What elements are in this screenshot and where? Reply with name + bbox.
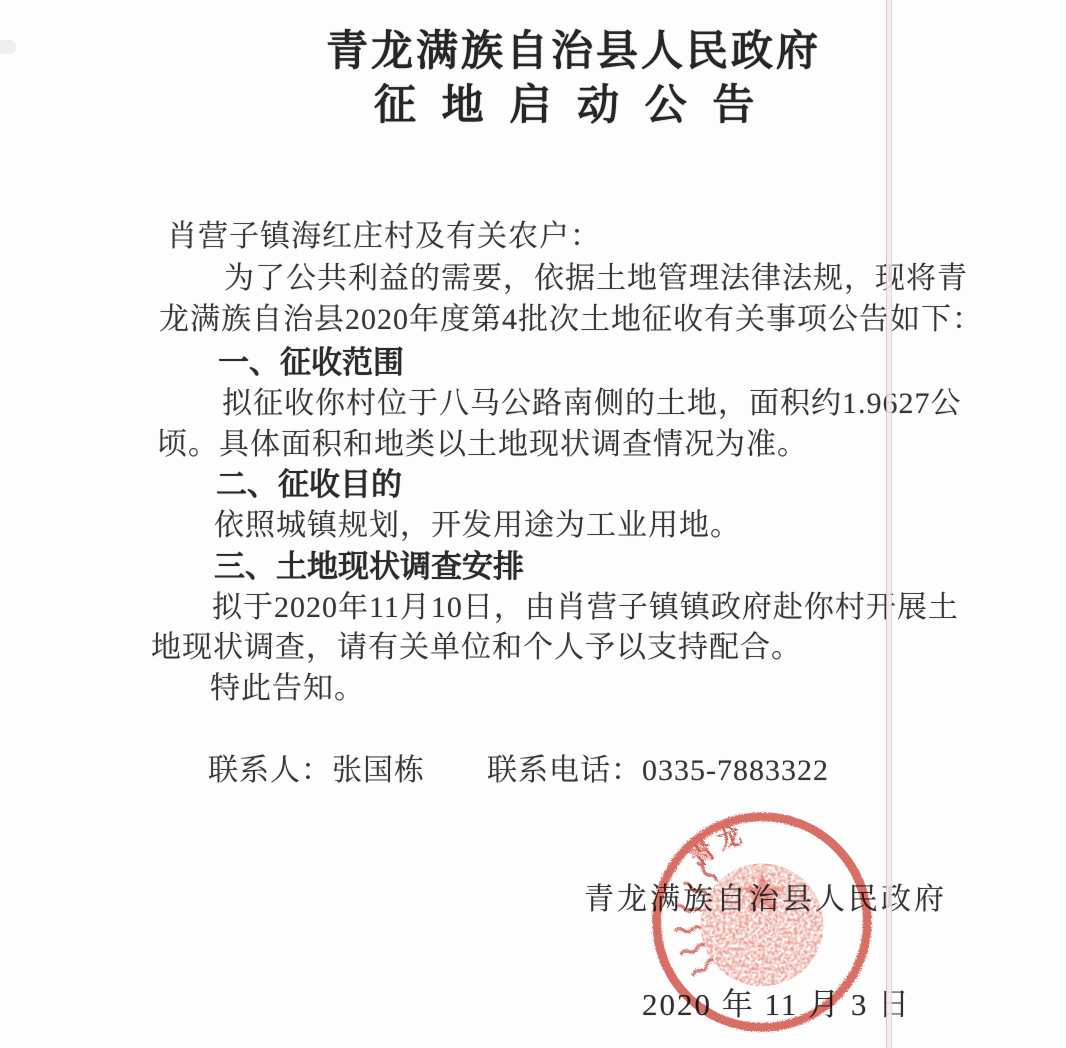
page-edge-line [886,0,892,1048]
section-3-line-2: 地现状调查，请有关单位和个人予以支持配合。 [151,622,802,666]
section-3-heading: 三、土地现状调查安排 [214,541,524,586]
section-2-heading: 二、征收目的 [216,459,402,504]
scanned-announcement-document: { "title": { "line1": "青龙满族自治县人民政府", "li… [0,0,1066,1048]
contact-person: 联系人：张国栋 [208,745,425,789]
official-seal: 青龙满族自治县人民政府 [645,805,879,1039]
closing-line: 特此告知。 [210,663,365,707]
section-1-line-2: 顷。具体面积和地类以土地现状调查情况为准。 [157,419,808,463]
section-1-heading: 一、征收范围 [218,337,404,382]
corner-smudge [0,40,16,54]
section-1-line-1: 拟征收你村位于八马公路南侧的土地，面积约1.9627公 [222,378,962,422]
doc-title-line-2: 征 地 启 动 公 告 [374,72,761,132]
contact-phone: 联系电话：0335-7883322 [487,745,829,789]
intro-line-2: 龙满族自治县2020年度第4批次土地征收有关事项公告如下： [159,294,983,338]
section-3-line-1: 拟于2020年11月10日，由肖营子镇镇政府赴你村开展土 [212,582,959,626]
doc-title-line-1: 青龙满族自治县人民政府 [326,18,821,78]
section-2-line-1: 依照城镇规划，开发用途为工业用地。 [214,500,741,544]
salutation: 肖营子镇海红庄村及有关农户： [167,211,601,255]
intro-line-1: 为了公共利益的需要，依据土地管理法律法规，现将青 [224,253,968,297]
